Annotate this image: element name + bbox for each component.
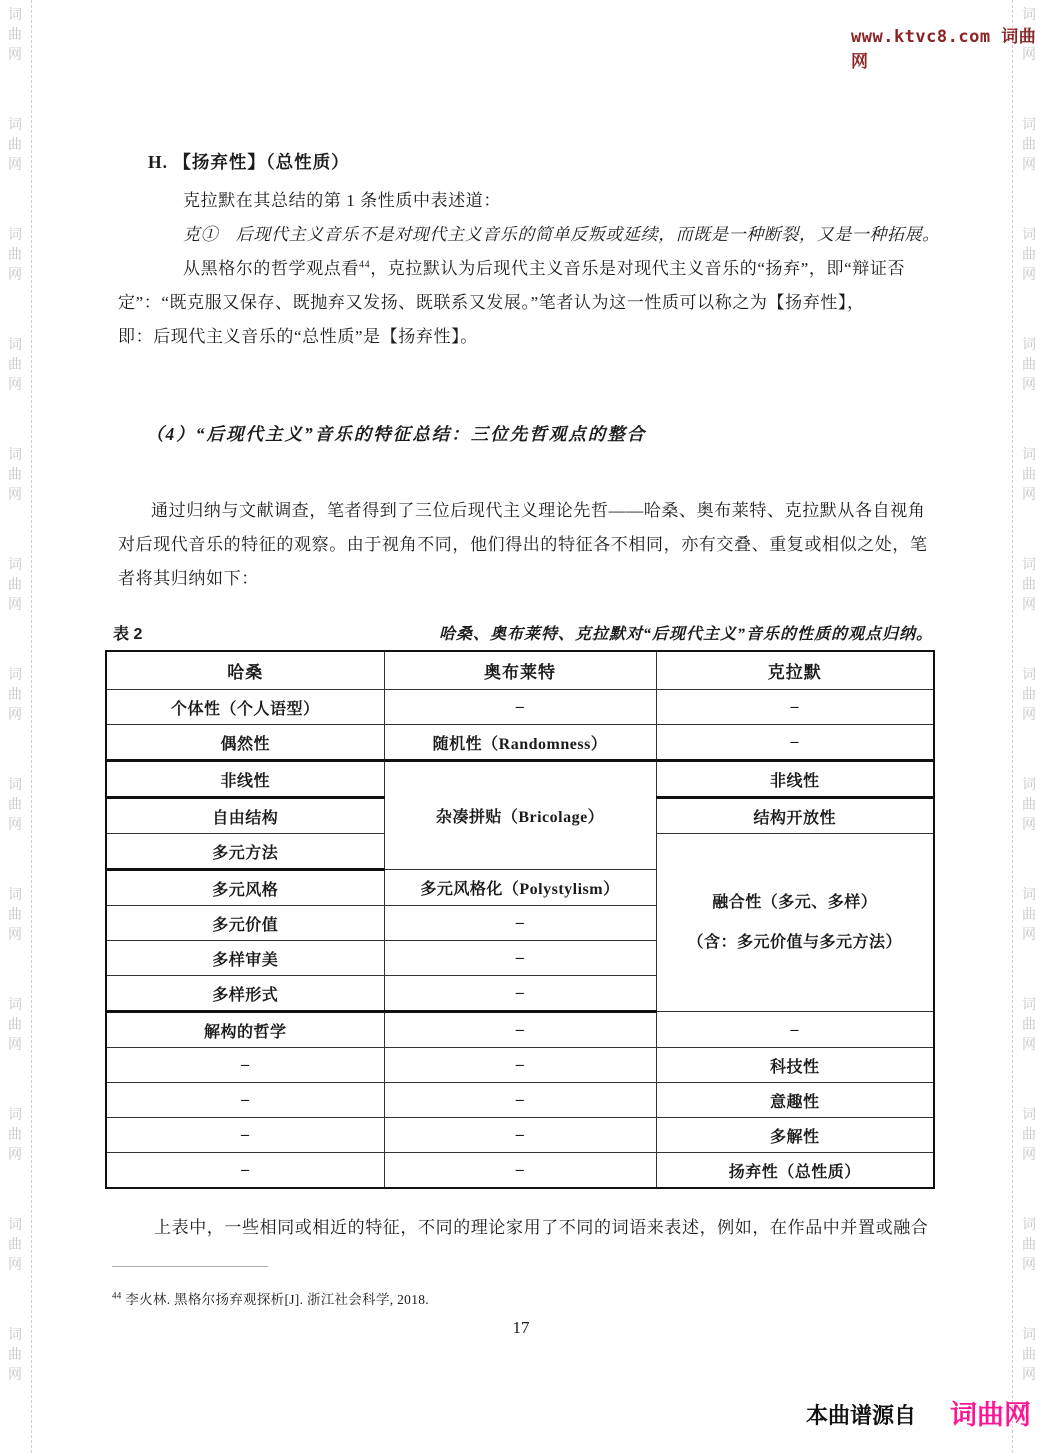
watermark-group: 词曲网	[7, 774, 23, 834]
footnote-marker: 44	[112, 1291, 122, 1301]
table-cell: –	[106, 1048, 384, 1083]
watermark-char: 网	[1021, 1034, 1037, 1054]
table-cell: 多元风格化（Polystylism）	[384, 870, 656, 906]
watermark-char: 曲	[1021, 1344, 1037, 1364]
paragraph-after-table: 上表中，一些相同或相近的特征，不同的理论家用了不同的词语来表述，例如，在作品中并…	[118, 1211, 974, 1245]
watermark-char: 网	[1021, 484, 1037, 504]
table-cell: 多元价值	[106, 906, 384, 941]
table-cell: 自由结构	[106, 798, 384, 834]
watermark-group: 词曲网	[7, 224, 23, 284]
footnote-ref-44: 44	[359, 259, 370, 270]
watermark-char: 词	[1021, 664, 1037, 684]
watermark-char: 网	[1021, 1144, 1037, 1164]
watermark-char: 词	[7, 1104, 23, 1124]
watermark-group: 词曲网	[7, 664, 23, 724]
paragraph-summary: 通过归纳与文献调查，笔者得到了三位后现代主义理论先哲——哈桑、奥布莱特、克拉默从…	[118, 494, 938, 596]
watermark-char: 词	[7, 1214, 23, 1234]
fusion-line-1: 融合性（多元、多样）	[657, 883, 934, 923]
table-row: – – 多解性	[106, 1118, 934, 1153]
watermark-char: 词	[7, 224, 23, 244]
watermark-char: 词	[1021, 4, 1037, 24]
watermark-char: 网	[1021, 704, 1037, 724]
watermark-char: 词	[7, 114, 23, 134]
table-row: – – 扬弃性（总性质）	[106, 1153, 934, 1189]
table-cell: –	[384, 906, 656, 941]
watermark-char: 曲	[1021, 1124, 1037, 1144]
watermark-char: 曲	[1021, 574, 1037, 594]
watermark-char: 网	[7, 704, 23, 724]
text-line: 对后现代音乐的特征的观察。由于视角不同，他们得出的特征各不相同，亦有交叠、重复或…	[118, 528, 938, 562]
footnote-text: 李火林. 黑格尔扬弃观探析[J]. 浙江社会科学, 2018.	[125, 1292, 429, 1307]
watermark-char: 网	[1021, 374, 1037, 394]
watermark-char: 词	[7, 4, 23, 24]
watermark-char: 曲	[7, 684, 23, 704]
watermark-group: 词曲网	[1021, 994, 1037, 1054]
watermark-char: 词	[1021, 334, 1037, 354]
table-cell: –	[384, 976, 656, 1012]
fusion-line-2: （含：多元价值与多元方法）	[657, 923, 934, 963]
watermark-char: 曲	[7, 134, 23, 154]
text-line: 克拉默在其总结的第 1 条性质中表述道：	[118, 184, 938, 218]
watermark-group: 词曲网	[1021, 1214, 1037, 1274]
watermark-group: 词曲网	[7, 334, 23, 394]
watermark-char: 词	[7, 774, 23, 794]
watermark-char: 词	[1021, 994, 1037, 1014]
watermark-char: 曲	[1021, 1014, 1037, 1034]
table-cell-merged-bricolage: 杂凑拼贴（Bricolage）	[384, 761, 656, 870]
watermark-char: 曲	[7, 574, 23, 594]
header-obright: 奥布莱特	[384, 651, 656, 690]
watermark-char: 词	[7, 884, 23, 904]
table-cell: 结构开放性	[656, 798, 934, 834]
watermark-char: 网	[7, 1364, 23, 1384]
watermark-group: 词曲网	[1021, 884, 1037, 944]
table-cell: –	[656, 725, 934, 761]
table-caption-row: 表 2 哈桑、奥布莱特、克拉默对“后现代主义”音乐的性质的观点归纳。	[113, 621, 933, 644]
watermark-group: 词曲网	[1021, 444, 1037, 504]
watermark-group: 词曲网	[1021, 664, 1037, 724]
paragraph-kramer-sublation: 克拉默在其总结的第 1 条性质中表述道： 克① 后现代主义音乐不是对现代主义音乐…	[118, 184, 938, 354]
watermark-char: 词	[7, 664, 23, 684]
header-kramer: 克拉默	[656, 651, 934, 690]
watermark-char: 网	[7, 924, 23, 944]
table-cell: 多解性	[656, 1118, 934, 1153]
watermark-char: 词	[7, 444, 23, 464]
table-cell: 非线性	[656, 761, 934, 798]
table-cell: –	[384, 1153, 656, 1189]
watermark-char: 网	[1021, 264, 1037, 284]
watermark-group: 词曲网	[7, 554, 23, 614]
watermark-char: 词	[7, 994, 23, 1014]
document-page: 词曲网词曲网词曲网词曲网词曲网词曲网词曲网词曲网词曲网词曲网词曲网词曲网词曲网 …	[0, 0, 1042, 1453]
footer-source-label: 本曲谱源自	[806, 1399, 916, 1430]
table-cell: 偶然性	[106, 725, 384, 761]
watermark-char: 网	[7, 814, 23, 834]
watermark-char: 网	[1021, 814, 1037, 834]
table-cell: –	[656, 690, 934, 725]
footnote-44: 44 李火林. 黑格尔扬弃观探析[J]. 浙江社会科学, 2018.	[112, 1288, 429, 1308]
watermark-group: 词曲网	[7, 444, 23, 504]
watermark-char: 词	[1021, 554, 1037, 574]
text-line: 通过归纳与文献调查，笔者得到了三位后现代主义理论先哲——哈桑、奥布莱特、克拉默从…	[118, 494, 938, 528]
watermark-char: 曲	[7, 1344, 23, 1364]
watermark-char: 曲	[1021, 354, 1037, 374]
table-cell: –	[106, 1118, 384, 1153]
table-cell: –	[106, 1153, 384, 1189]
text-segment: 从黑格尔的哲学观点看	[183, 259, 359, 278]
table-row: 解构的哲学 – –	[106, 1012, 934, 1048]
watermark-char: 词	[7, 334, 23, 354]
watermark-char: 网	[7, 1254, 23, 1274]
watermark-group: 词曲网	[1021, 224, 1037, 284]
table-cell: 个体性（个人语型）	[106, 690, 384, 725]
watermark-group: 词曲网	[7, 884, 23, 944]
watermark-char: 网	[7, 1034, 23, 1054]
table-2-viewpoints: 哈桑 奥布莱特 克拉默 个体性（个人语型） – – 偶然性 随机性（Random…	[105, 650, 935, 1189]
text-line: 即：后现代主义音乐的“总性质”是【扬弃性】。	[118, 320, 938, 354]
watermark-char: 曲	[1021, 134, 1037, 154]
table-row: 偶然性 随机性（Randomness） –	[106, 725, 934, 761]
watermark-group: 词曲网	[1021, 1104, 1037, 1164]
table-label: 表 2	[113, 621, 142, 644]
left-dashed-divider	[31, 0, 32, 1453]
watermark-char: 词	[1021, 444, 1037, 464]
watermark-char: 曲	[1021, 244, 1037, 264]
table-row: 个体性（个人语型） – –	[106, 690, 934, 725]
table-cell: –	[384, 1048, 656, 1083]
watermark-char: 网	[7, 44, 23, 64]
text-line: 从黑格尔的哲学观点看44，克拉默认为后现代主义音乐是对现代主义音乐的“扬弃”，即…	[118, 252, 938, 286]
table-caption: 哈桑、奥布莱特、克拉默对“后现代主义”音乐的性质的观点归纳。	[439, 621, 933, 644]
watermark-char: 曲	[7, 904, 23, 924]
table-cell: –	[384, 941, 656, 976]
table-cell: 意趣性	[656, 1083, 934, 1118]
text-segment: ，克拉默认为后现代主义音乐是对现代主义音乐的“扬弃”，即“辩证否	[370, 259, 905, 278]
watermark-group: 词曲网	[1021, 554, 1037, 614]
watermark-group: 词曲网	[7, 114, 23, 174]
watermark-char: 曲	[1021, 684, 1037, 704]
watermark-char: 曲	[7, 1234, 23, 1254]
table-cell: 多样形式	[106, 976, 384, 1012]
table-cell: 扬弃性（总性质）	[656, 1153, 934, 1189]
watermark-char: 曲	[7, 24, 23, 44]
watermark-char: 曲	[7, 354, 23, 374]
watermark-char: 词	[1021, 224, 1037, 244]
watermark-char: 网	[1021, 1254, 1037, 1274]
table-cell: 非线性	[106, 761, 384, 798]
watermark-char: 网	[1021, 924, 1037, 944]
watermark-group: 词曲网	[7, 1214, 23, 1274]
table-cell: 解构的哲学	[106, 1012, 384, 1048]
watermark-char: 词	[1021, 1104, 1037, 1124]
watermark-char: 曲	[1021, 794, 1037, 814]
right-dashed-divider	[1012, 0, 1013, 1453]
watermark-char: 词	[1021, 774, 1037, 794]
table-cell: –	[384, 690, 656, 725]
watermark-char: 网	[1021, 154, 1037, 174]
site-banner: www.ktvc8.com 词曲网	[851, 22, 1042, 72]
watermark-char: 词	[1021, 114, 1037, 134]
watermark-char: 曲	[7, 1124, 23, 1144]
table-cell: 多元方法	[106, 834, 384, 870]
watermark-group: 词曲网	[7, 994, 23, 1054]
watermark-char: 网	[1021, 594, 1037, 614]
table-cell: 科技性	[656, 1048, 934, 1083]
watermark-column-left: 词曲网词曲网词曲网词曲网词曲网词曲网词曲网词曲网词曲网词曲网词曲网词曲网词曲网	[7, 4, 23, 1434]
watermark-char: 曲	[1021, 464, 1037, 484]
text-line: 定”：“既克服又保存、既抛弃又发扬、既联系又发展。”笔者认为这一性质可以称之为【…	[118, 286, 938, 320]
table-cell-merged-fusion: 融合性（多元、多样） （含：多元价值与多元方法）	[656, 834, 934, 1012]
table-cell: –	[106, 1083, 384, 1118]
watermark-char: 网	[7, 484, 23, 504]
table-row: 非线性 杂凑拼贴（Bricolage） 非线性	[106, 761, 934, 798]
watermark-char: 曲	[1021, 904, 1037, 924]
table-cell: –	[384, 1118, 656, 1153]
watermark-char: 曲	[7, 1014, 23, 1034]
watermark-char: 曲	[7, 464, 23, 484]
watermark-char: 网	[7, 374, 23, 394]
watermark-column-right: 词曲网词曲网词曲网词曲网词曲网词曲网词曲网词曲网词曲网词曲网词曲网词曲网词曲网	[1021, 4, 1037, 1434]
watermark-char: 网	[7, 154, 23, 174]
table-cell: –	[656, 1012, 934, 1048]
watermark-char: 曲	[7, 794, 23, 814]
section-heading-h: H. 【扬弃性】（总性质）	[148, 149, 350, 174]
table-cell: 多元风格	[106, 870, 384, 906]
quote-line: 克① 后现代主义音乐不是对现代主义音乐的简单反叛或延续，而既是一种断裂，又是一种…	[118, 218, 938, 252]
footer-brand-name: 词曲网	[950, 1393, 1031, 1432]
table-header-row: 哈桑 奥布莱特 克拉默	[106, 651, 934, 690]
table-cell: 随机性（Randomness）	[384, 725, 656, 761]
watermark-group: 词曲网	[7, 1104, 23, 1164]
watermark-char: 网	[7, 1144, 23, 1164]
watermark-char: 词	[1021, 884, 1037, 904]
watermark-char: 网	[7, 264, 23, 284]
watermark-char: 词	[1021, 1214, 1037, 1234]
page-number: 17	[0, 1318, 1042, 1338]
watermark-char: 网	[1021, 1364, 1037, 1384]
table-row: – – 意趣性	[106, 1083, 934, 1118]
text-line: 者将其归纳如下：	[118, 562, 938, 596]
watermark-char: 曲	[1021, 1234, 1037, 1254]
table-cell: –	[384, 1012, 656, 1048]
watermark-group: 词曲网	[7, 4, 23, 64]
header-hassan: 哈桑	[106, 651, 384, 690]
watermark-char: 网	[7, 594, 23, 614]
watermark-group: 词曲网	[1021, 774, 1037, 834]
watermark-group: 词曲网	[1021, 334, 1037, 394]
watermark-char: 词	[7, 554, 23, 574]
table-row: – – 科技性	[106, 1048, 934, 1083]
footnote-separator	[112, 1266, 268, 1267]
table-cell: –	[384, 1083, 656, 1118]
watermark-group: 词曲网	[1021, 114, 1037, 174]
table-cell: 多样审美	[106, 941, 384, 976]
watermark-char: 曲	[7, 244, 23, 264]
section-heading-4: （4）“后现代主义”音乐的特征总结：三位先哲观点的整合	[146, 421, 646, 446]
